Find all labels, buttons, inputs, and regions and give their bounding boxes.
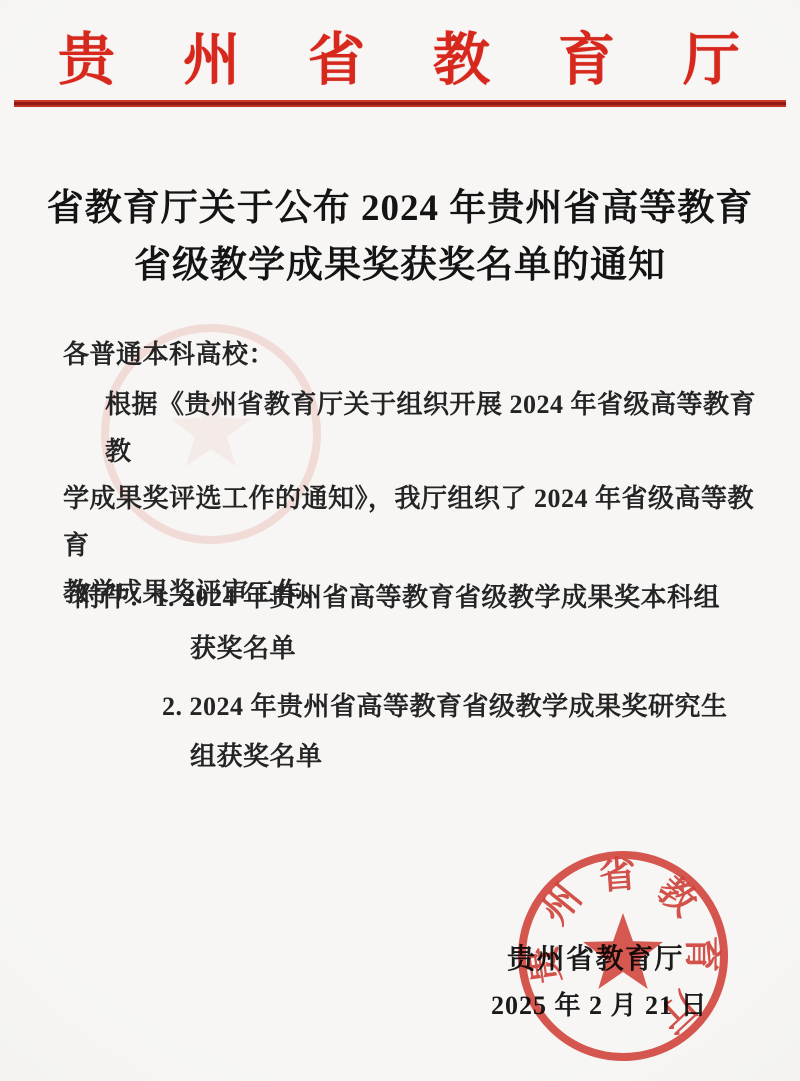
salutation: 各普通本科高校： <box>63 334 275 371</box>
document-title-line1: 省教育厅关于公布 2024 年贵州省高等教育 <box>40 180 760 237</box>
seal-star-icon <box>583 913 663 989</box>
letterhead-char: 厅 <box>683 14 740 96</box>
attachment-item-2-line-2: 组获奖名单 <box>190 736 323 773</box>
scanned-document-page: { "document": { "agency": "贵州省教育厅", "tit… <box>0 0 800 1081</box>
letterhead-agency-name: 贵 州 省 教 育 厅 <box>58 20 740 90</box>
attachment-item-1-line-2: 获奖名单 <box>190 628 296 665</box>
seal-char: 教 <box>649 869 705 926</box>
official-seal-stamp: 贵 州 省 教 育 厅 <box>509 842 737 1070</box>
letterhead-char: 州 <box>183 14 240 96</box>
letterhead-char: 育 <box>558 14 615 96</box>
body-line: 根据《贵州省教育厅关于组织开展 2024 年省级高等教育教 <box>63 381 769 475</box>
attachment-item-1-line-1: 附件：1. 2024 年贵州省高等教育省级教学成果奖本科组 <box>75 577 720 614</box>
document-title-line2: 省级教学成果奖获奖名单的通知 <box>40 237 760 294</box>
letterhead-char: 省 <box>308 14 365 96</box>
seal-char: 州 <box>535 878 590 933</box>
body-line: 学成果奖评选工作的通知》，我厅组织了 2024 年省级高等教育 <box>63 475 769 569</box>
seal-char: 育 <box>681 936 723 973</box>
letterhead-char: 教 <box>433 14 490 96</box>
seal-char: 贵 <box>522 942 569 986</box>
letterhead-char: 贵 <box>58 14 115 96</box>
letterhead-divider-rule <box>14 100 786 107</box>
attachment-item-2-line-1: 2. 2024 年贵州省高等教育省级教学成果奖研究生 <box>162 686 728 723</box>
seal-char: 省 <box>598 853 638 897</box>
document-title: 省教育厅关于公布 2024 年贵州省高等教育 省级教学成果奖获奖名单的通知 <box>40 180 760 294</box>
